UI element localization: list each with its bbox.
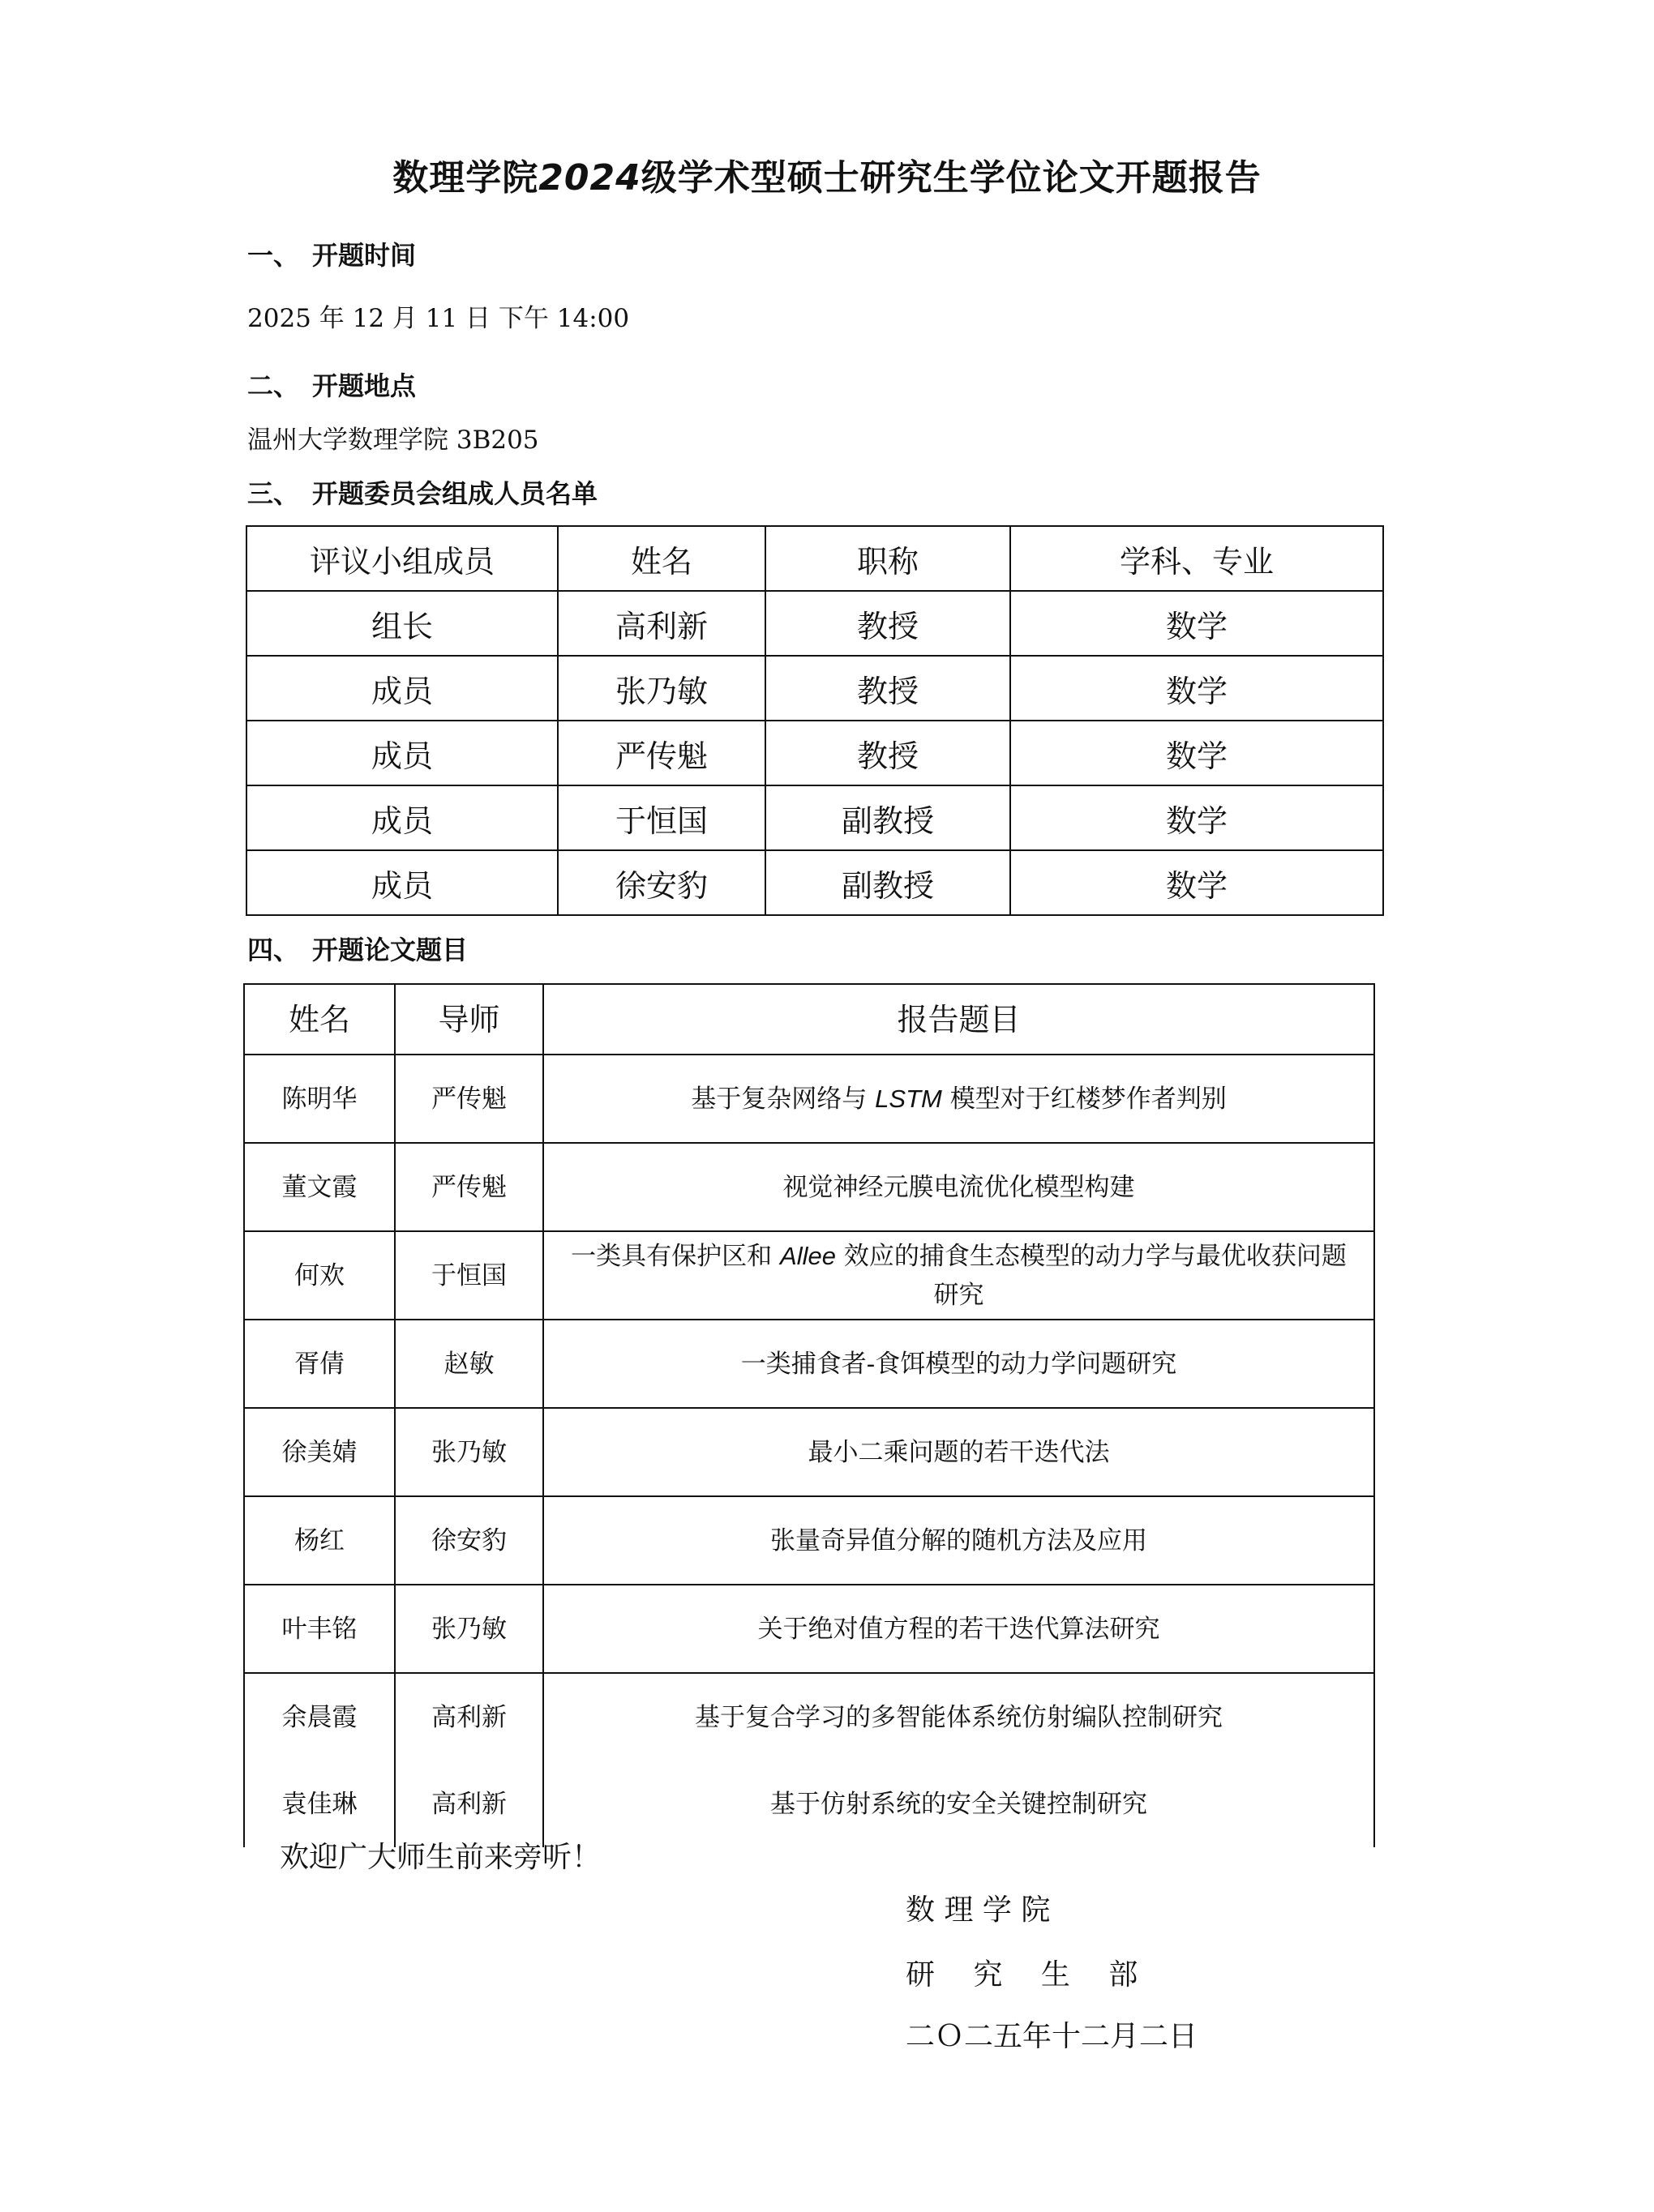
welcome-message: 欢迎广大师生前来旁听！: [280, 1838, 601, 1877]
student-name: 袁佳琳: [244, 1761, 395, 1847]
member-name: 于恒国: [558, 785, 765, 850]
section-number: 三、: [247, 477, 312, 510]
topic-text: 基于复合学习的多智能体系统仿射编队控制研究: [695, 1703, 1223, 1732]
member-major: 数学: [1010, 850, 1383, 915]
section-label: 开题时间: [312, 240, 416, 271]
committee-row: 成员 于恒国 副教授 数学: [246, 785, 1383, 850]
page-title: 数理学院2024级学术型硕士研究生学位论文开题报告: [0, 154, 1654, 203]
member-title: 教授: [765, 721, 1010, 785]
advisor-name: 张乃敏: [395, 1585, 543, 1673]
section-number: 四、: [247, 934, 312, 966]
report-topic: 最小二乘问题的若干迭代法: [543, 1408, 1374, 1496]
signature-department: 研 究 生 部: [906, 1956, 1138, 1995]
student-name: 何欢: [244, 1231, 395, 1320]
signature-date: 二Ｏ二五年十二月二日: [906, 2017, 1198, 2056]
topic-text: 模型对于红楼梦作者判别: [942, 1085, 1227, 1114]
report-topic: 一类捕食者-食饵模型的动力学问题研究: [543, 1320, 1374, 1408]
member-title: 教授: [765, 656, 1010, 721]
topic-text: 视觉神经元膜电流优化模型构建: [783, 1173, 1135, 1202]
title-year: 2024: [538, 157, 641, 199]
member-name: 张乃敏: [558, 656, 765, 721]
section-number: 一、: [247, 239, 312, 272]
section-label: 开题地点: [312, 370, 416, 401]
section-label: 开题委员会组成人员名单: [312, 478, 598, 509]
section-heading-committee: 三、开题委员会组成人员名单: [247, 477, 598, 510]
member-major: 数学: [1010, 785, 1383, 850]
committee-row: 成员 严传魁 教授 数学: [246, 721, 1383, 785]
header-title: 职称: [765, 526, 1010, 591]
topic-text: 基于复杂网络与: [691, 1085, 875, 1114]
section-label: 开题论文题目: [312, 935, 468, 965]
member-role: 组长: [246, 591, 558, 656]
header-name: 姓名: [558, 526, 765, 591]
member-title: 教授: [765, 591, 1010, 656]
defense-location: 温州大学数理学院 3B205: [247, 424, 539, 456]
member-name: 徐安豹: [558, 850, 765, 915]
committee-row: 组长 高利新 教授 数学: [246, 591, 1383, 656]
topic-row: 陈明华 严传魁 基于复杂网络与 LSTM 模型对于红楼梦作者判别: [244, 1055, 1374, 1143]
section-heading-location: 二、开题地点: [247, 370, 416, 402]
topic-row: 董文霞 严传魁 视觉神经元膜电流优化模型构建: [244, 1143, 1374, 1231]
topic-row: 胥倩 赵敏 一类捕食者-食饵模型的动力学问题研究: [244, 1320, 1374, 1408]
topic-row: 徐美婧 张乃敏 最小二乘问题的若干迭代法: [244, 1408, 1374, 1496]
student-name: 陈明华: [244, 1055, 395, 1143]
committee-header-row: 评议小组成员 姓名 职称 学科、专业: [246, 526, 1383, 591]
report-topic: 关于绝对值方程的若干迭代算法研究: [543, 1585, 1374, 1673]
topic-row: 叶丰铭 张乃敏 关于绝对值方程的若干迭代算法研究: [244, 1585, 1374, 1673]
topic-text: 张量奇异值分解的随机方法及应用: [770, 1526, 1147, 1555]
topic-row: 袁佳琳 高利新 基于仿射系统的安全关键控制研究: [244, 1761, 1374, 1847]
section-heading-time: 一、开题时间: [247, 239, 416, 272]
header-topic: 报告题目: [543, 984, 1374, 1055]
committee-table: 评议小组成员 姓名 职称 学科、专业 组长 高利新 教授 数学 成员 张乃敏 教…: [246, 525, 1384, 916]
advisor-name: 严传魁: [395, 1143, 543, 1231]
member-role: 成员: [246, 850, 558, 915]
member-role: 成员: [246, 785, 558, 850]
student-name: 董文霞: [244, 1143, 395, 1231]
member-name: 高利新: [558, 591, 765, 656]
member-role: 成员: [246, 721, 558, 785]
student-name: 叶丰铭: [244, 1585, 395, 1673]
topic-text: 最小二乘问题的若干迭代法: [808, 1438, 1110, 1467]
report-topic: 视觉神经元膜电流优化模型构建: [543, 1143, 1374, 1231]
advisor-name: 严传魁: [395, 1055, 543, 1143]
member-name: 严传魁: [558, 721, 765, 785]
student-name: 余晨霞: [244, 1673, 395, 1761]
section-heading-topics: 四、开题论文题目: [247, 934, 468, 966]
advisor-name: 张乃敏: [395, 1408, 543, 1496]
advisor-name: 高利新: [395, 1673, 543, 1761]
advisor-name: 赵敏: [395, 1320, 543, 1408]
student-name: 胥倩: [244, 1320, 395, 1408]
header-advisor: 导师: [395, 984, 543, 1055]
header-role: 评议小组成员: [246, 526, 558, 591]
topic-text: 关于绝对值方程的若干迭代算法研究: [758, 1615, 1160, 1644]
advisor-name: 高利新: [395, 1761, 543, 1847]
topic-text: 一类具有保护区和: [571, 1242, 780, 1271]
report-topic: 张量奇异值分解的随机方法及应用: [543, 1496, 1374, 1585]
topics-header-row: 姓名 导师 报告题目: [244, 984, 1374, 1055]
topic-row: 余晨霞 高利新 基于复合学习的多智能体系统仿射编队控制研究: [244, 1673, 1374, 1761]
committee-row: 成员 张乃敏 教授 数学: [246, 656, 1383, 721]
advisor-name: 徐安豹: [395, 1496, 543, 1585]
student-name: 徐美婧: [244, 1408, 395, 1496]
topic-term: LSTM: [875, 1085, 942, 1113]
committee-row: 成员 徐安豹 副教授 数学: [246, 850, 1383, 915]
signature-school: 数 理 学 院: [906, 1891, 1050, 1930]
title-prefix: 数理学院: [392, 157, 538, 199]
title-suffix: 级学术型硕士研究生学位论文开题报告: [641, 157, 1262, 199]
topic-text: 效应的捕食生态模型的动力学与最优收获问题研究: [836, 1242, 1347, 1310]
topic-row: 杨红 徐安豹 张量奇异值分解的随机方法及应用: [244, 1496, 1374, 1585]
advisor-name: 于恒国: [395, 1231, 543, 1320]
header-major: 学科、专业: [1010, 526, 1383, 591]
report-topic: 一类具有保护区和 Allee 效应的捕食生态模型的动力学与最优收获问题研究: [543, 1231, 1374, 1320]
topic-row: 何欢 于恒国 一类具有保护区和 Allee 效应的捕食生态模型的动力学与最优收获…: [244, 1231, 1374, 1320]
topic-text: 一类捕食者-食饵模型的动力学问题研究: [741, 1350, 1176, 1379]
member-major: 数学: [1010, 656, 1383, 721]
member-title: 副教授: [765, 850, 1010, 915]
member-major: 数学: [1010, 591, 1383, 656]
member-role: 成员: [246, 656, 558, 721]
member-title: 副教授: [765, 785, 1010, 850]
member-major: 数学: [1010, 721, 1383, 785]
student-name: 杨红: [244, 1496, 395, 1585]
section-number: 二、: [247, 370, 312, 402]
topics-table: 姓名 导师 报告题目 陈明华 严传魁 基于复杂网络与 LSTM 模型对于红楼梦作…: [243, 983, 1375, 1847]
topic-text: 基于仿射系统的安全关键控制研究: [770, 1790, 1147, 1819]
header-student: 姓名: [244, 984, 395, 1055]
defense-time: 2025 年 12 月 11 日 下午 14:00: [247, 302, 629, 335]
report-topic: 基于仿射系统的安全关键控制研究: [543, 1761, 1374, 1847]
report-topic: 基于复杂网络与 LSTM 模型对于红楼梦作者判别: [543, 1055, 1374, 1143]
report-topic: 基于复合学习的多智能体系统仿射编队控制研究: [543, 1673, 1374, 1761]
topic-term: Allee: [780, 1242, 836, 1270]
